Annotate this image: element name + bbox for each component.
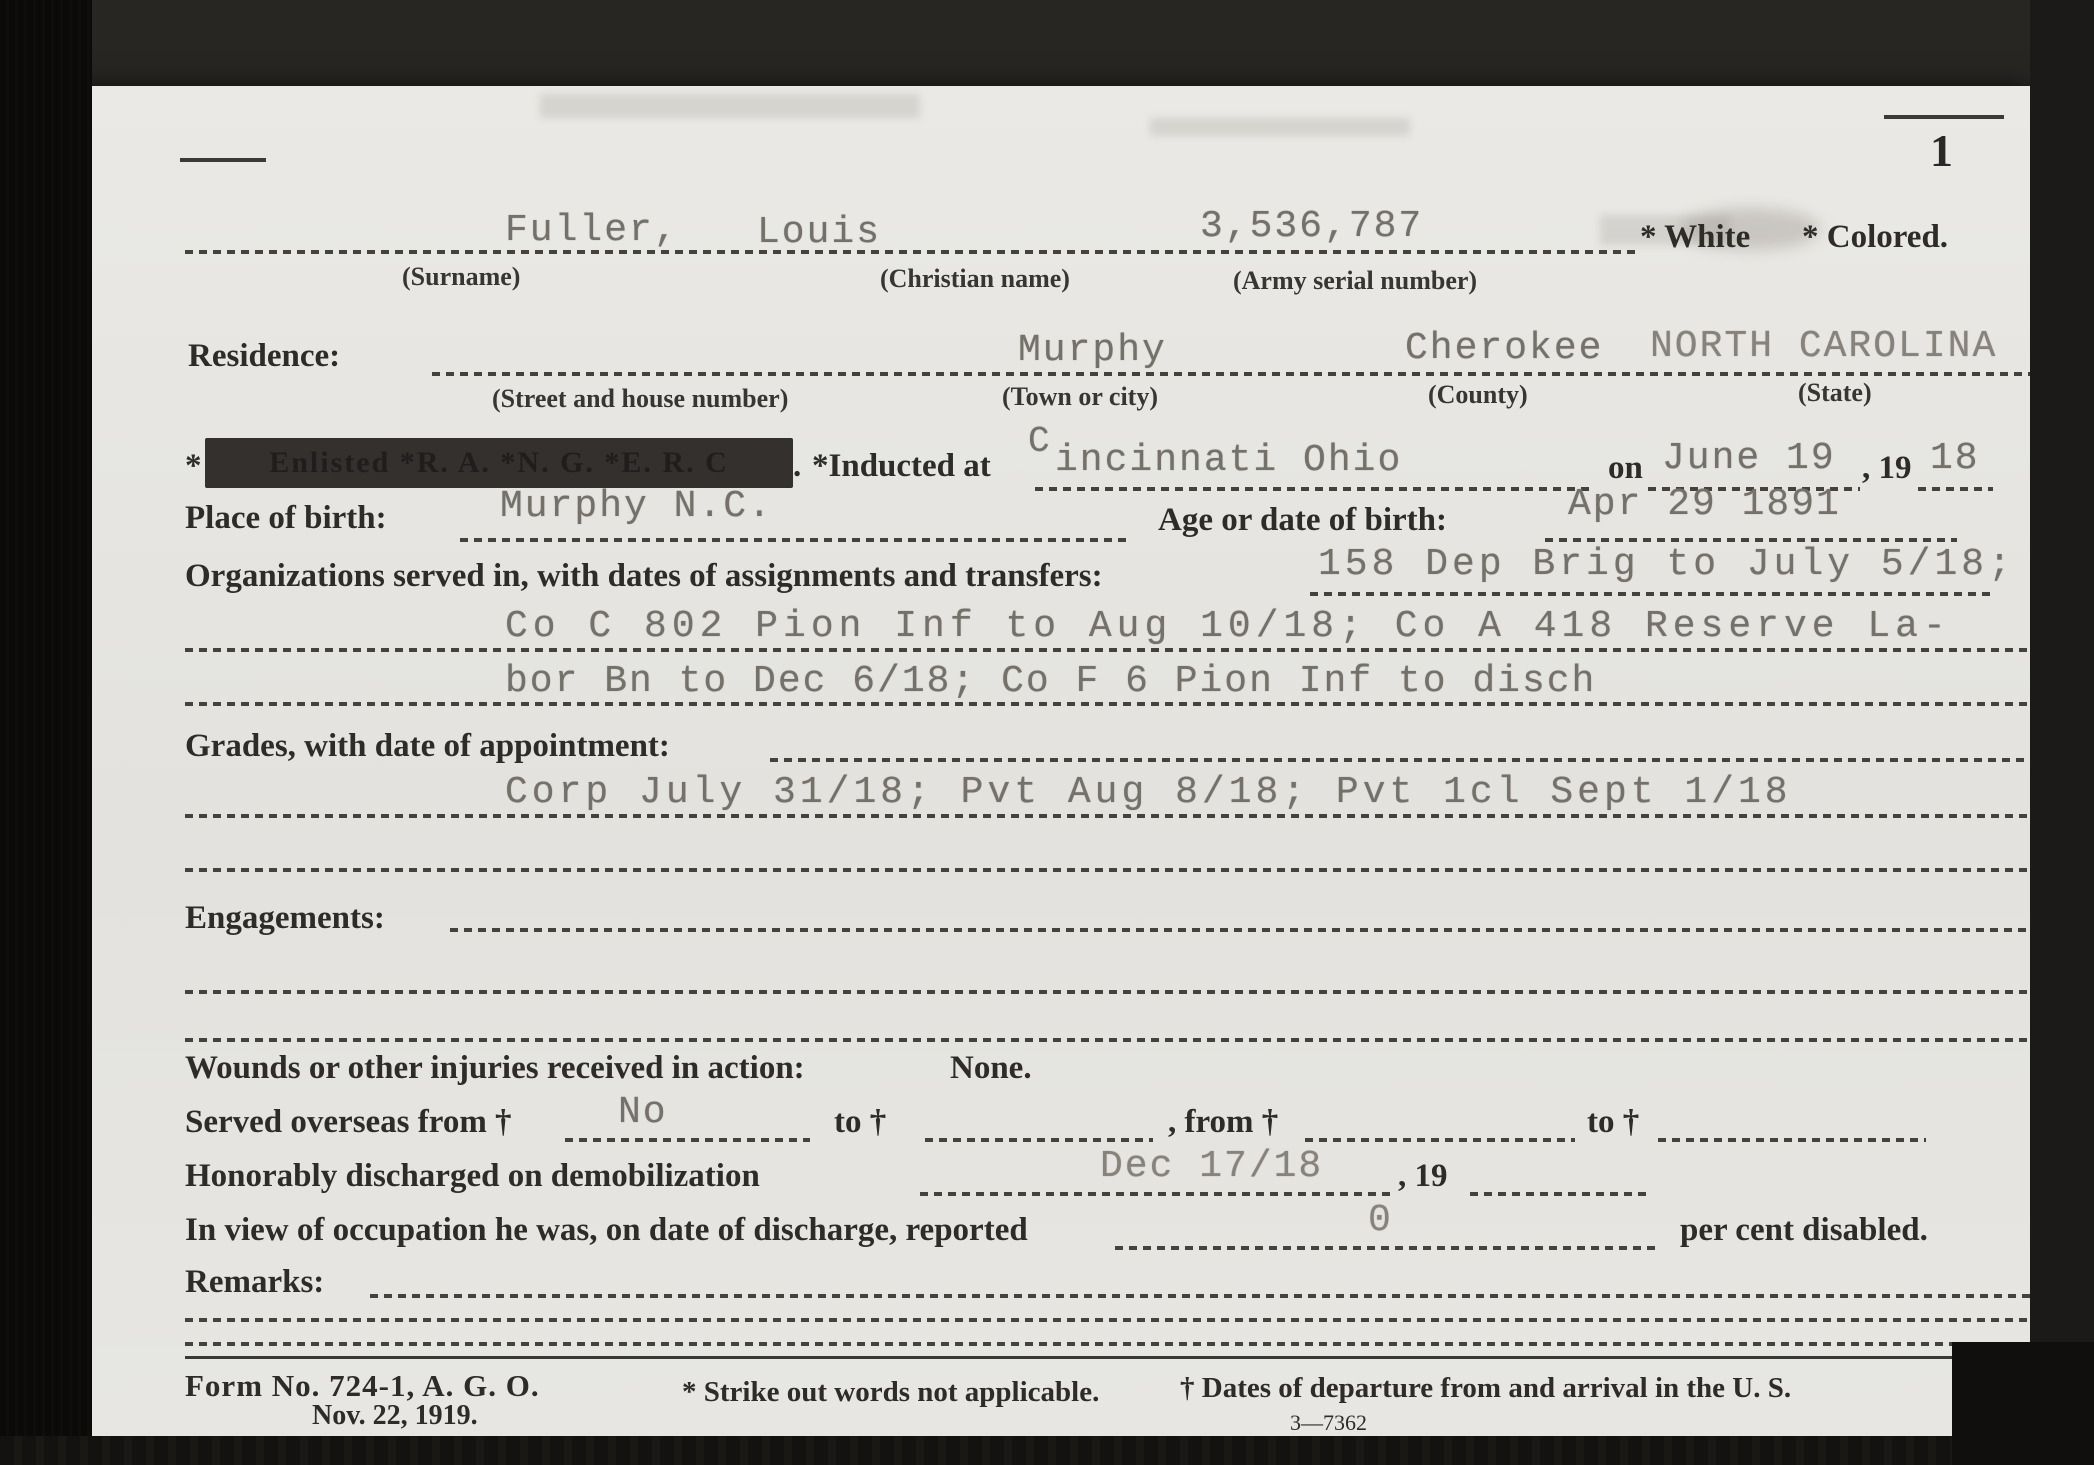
overseas-from-label-2: , from † [1168, 1106, 1278, 1139]
top-right-rule [1884, 115, 2004, 119]
overseas-to-label-1: to † [834, 1106, 886, 1139]
discharge-year-prefix: , 19 [1398, 1160, 1448, 1193]
wounds-value: None. [950, 1052, 1032, 1085]
overseas-from-value: No [618, 1094, 668, 1132]
organizations-entry-1: 158 Dep Brig to July 5/18; [1318, 546, 2015, 584]
dotted-line [1310, 592, 1990, 596]
induction-year-value: 18 [1930, 440, 1980, 478]
wounds-label: Wounds or other injuries received in act… [185, 1052, 805, 1085]
residence-label: Residence: [188, 340, 340, 373]
discharge-date-value: Dec 17/18 [1100, 1148, 1323, 1186]
redaction-bar: Enlisted *R. A. *N. G. *E. R. C [205, 438, 793, 488]
disability-suffix: per cent disabled. [1680, 1214, 1928, 1247]
dotted-line [185, 1318, 2030, 1322]
dotted-line [432, 372, 2030, 376]
background-bottom-band [0, 1436, 2094, 1465]
induction-date-value: June 19 [1662, 440, 1836, 478]
dotted-line [925, 1138, 1153, 1142]
print-code: 3—7362 [1290, 1412, 1367, 1434]
serial-caption: (Army serial number) [1233, 268, 1477, 294]
grades-label: Grades, with date of appointment: [185, 730, 670, 763]
ink-ghost-mark [540, 94, 920, 118]
age-value: Apr 29 1891 [1568, 486, 1841, 524]
dotted-line [565, 1138, 810, 1142]
organizations-entry-3: bor Bn to Dec 6/18; Co F 6 Pion Inf to d… [505, 663, 1596, 701]
printed-year-prefix: , 19 [1862, 452, 1912, 485]
top-left-rule [180, 158, 266, 162]
christian-caption: (Christian name) [880, 266, 1070, 292]
dotted-line [185, 1342, 2060, 1346]
birth-place-value: Murphy N.C. [500, 488, 773, 526]
surname-caption: (Surname) [402, 264, 520, 290]
grades-entry: Corp July 31/18; Pvt Aug 8/18; Pvt 1cl S… [505, 774, 1792, 812]
dagger-note: † Dates of departure from and arrival in… [1180, 1374, 1791, 1403]
county-caption: (County) [1428, 382, 1528, 408]
disability-label: In view of occupation he was, on date of… [185, 1214, 1028, 1247]
dotted-line [185, 868, 2030, 872]
background-right-band [2030, 0, 2094, 1465]
dotted-line [185, 250, 1635, 254]
organizations-label: Organizations served in, with dates of a… [185, 560, 1103, 593]
form-date: Nov. 22, 1919. [312, 1402, 478, 1430]
dotted-line [1545, 538, 1957, 542]
street-caption: (Street and house number) [492, 386, 788, 412]
dotted-line [185, 814, 2030, 818]
solid-rule [185, 1356, 2060, 1359]
book-gutter-left [0, 0, 92, 1465]
form-number: Form No. 724-1, A. G. O. [185, 1370, 540, 1401]
christian-name-value: Louis [757, 214, 881, 252]
struck-enlistment-options: Enlisted *R. A. *N. G. *E. R. C [269, 446, 729, 480]
overseas-label: Served overseas from † [185, 1106, 512, 1139]
serial-number-value: 3,536,787 [1200, 208, 1423, 246]
state-caption: (State) [1798, 380, 1872, 406]
dotted-line [1305, 1138, 1575, 1142]
race-option-colored: * Colored. [1802, 221, 1948, 254]
dotted-line [1658, 1138, 1926, 1142]
dotted-line [1115, 1246, 1660, 1250]
induction-place-initial: C [1028, 424, 1052, 460]
surname-value: Fuller, [505, 212, 679, 250]
overseas-to-label-2: to † [1587, 1106, 1639, 1139]
strike-note: * Strike out words not applicable. [682, 1378, 1099, 1407]
age-label: Age or date of birth: [1158, 504, 1447, 537]
county-value: Cherokee [1405, 330, 1603, 368]
organizations-entry-2: Co C 802 Pion Inf to Aug 10/18; Co A 418… [505, 608, 1951, 646]
town-value: Murphy [1018, 332, 1167, 370]
discharge-label: Honorably discharged on demobilization [185, 1160, 760, 1193]
induction-place-value: incinnati Ohio [1055, 442, 1402, 480]
dotted-line [1470, 1192, 1650, 1196]
birth-place-label: Place of birth: [185, 502, 387, 535]
disability-percent-value: 0 [1368, 1202, 1393, 1240]
dotted-line [450, 928, 2030, 932]
dotted-line [185, 1038, 2030, 1042]
struck-period: . [793, 450, 801, 483]
dotted-line [370, 1294, 2030, 1298]
dotted-line [1918, 487, 1993, 491]
remarks-label: Remarks: [185, 1266, 324, 1299]
enlisted-asterisk: * [185, 450, 202, 483]
page-number: 1 [1930, 128, 1953, 174]
race-option-white: * White [1640, 221, 1750, 254]
dotted-line [185, 990, 2030, 994]
dotted-line [920, 1192, 1390, 1196]
engagements-label: Engagements: [185, 902, 385, 935]
background-corner [1952, 1342, 2094, 1465]
service-record-card-scan: 1 Fuller, Louis 3,536,787 * White * Colo… [0, 0, 2094, 1465]
state-value: NORTH CAROLINA [1650, 328, 1997, 366]
ink-ghost-mark [1150, 118, 1410, 136]
dotted-line [460, 538, 1132, 542]
inducted-label: *Inducted at [812, 450, 991, 483]
dotted-line [185, 648, 2030, 652]
dotted-line [185, 702, 2030, 706]
dotted-line [1035, 487, 1595, 491]
on-label: on [1608, 452, 1643, 485]
dotted-line [770, 758, 2030, 762]
town-caption: (Town or city) [1002, 384, 1158, 410]
